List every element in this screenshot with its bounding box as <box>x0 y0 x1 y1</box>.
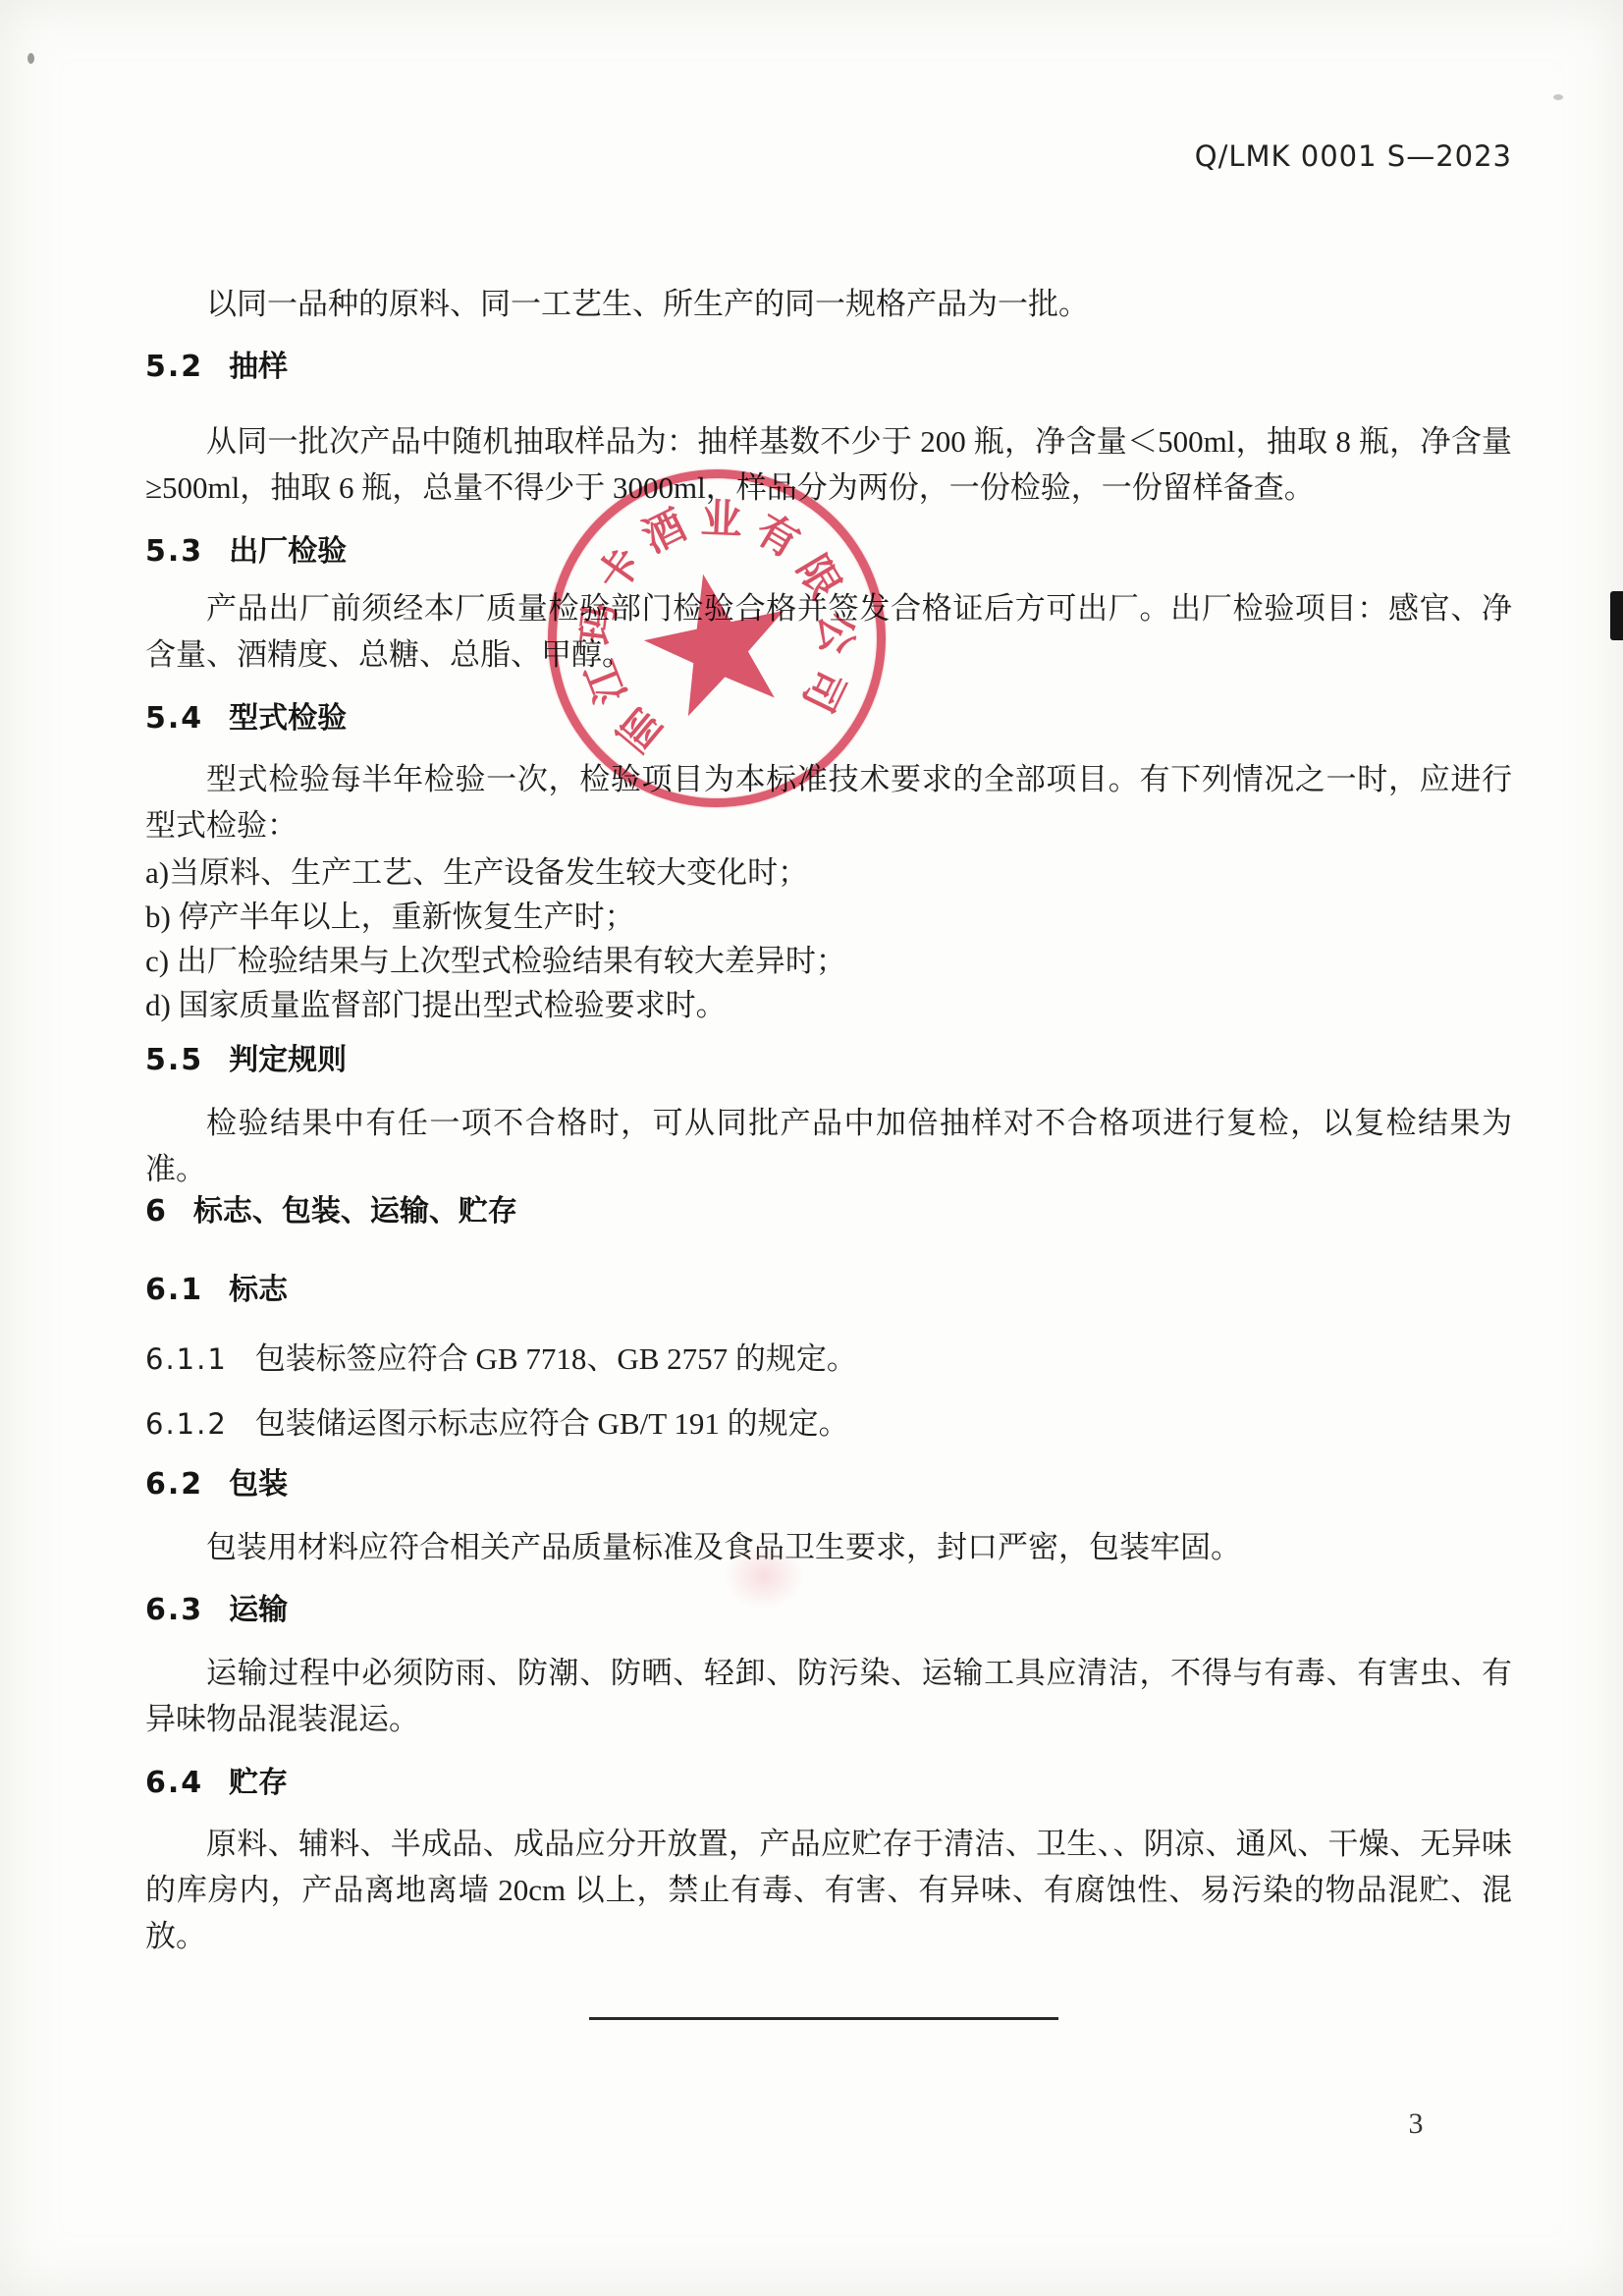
section-number: 5.3 <box>145 534 203 569</box>
section-title: 标志 <box>229 1273 288 1307</box>
list-item: b) 停产半年以上，重新恢复生产时； <box>145 895 1512 939</box>
section-number: 6.4 <box>145 1766 203 1800</box>
section-title: 出厂检验 <box>229 534 347 569</box>
section-5-3-heading: 5.3出厂检验 <box>145 528 1512 574</box>
section-6-1-heading: 6.1标志 <box>145 1267 1512 1313</box>
scan-speck <box>1553 94 1563 100</box>
section-number: 5.5 <box>145 1043 203 1077</box>
list-item: c) 出厂检验结果与上次型式检验结果有较大差异时； <box>145 939 1512 983</box>
page-number: 3 <box>1386 2107 1445 2141</box>
clause-6-1-2: 6.1.2包装储运图示标志应符合 GB/T 191 的规定。 <box>145 1400 1512 1448</box>
clause-number: 6.1.1 <box>145 1342 228 1376</box>
clause-text: 包装储运图示标志应符合 GB/T 191 的规定。 <box>255 1406 849 1441</box>
section-5-2-body: 从同一批次产品中随机抽取样品为：抽样基数不少于 200 瓶，净含量＜500ml，… <box>145 418 1512 511</box>
section-6-3-heading: 6.3运输 <box>145 1587 1512 1633</box>
section-6-4-heading: 6.4贮存 <box>145 1760 1512 1806</box>
clause-6-1-1: 6.1.1包装标签应符合 GB 7718、GB 2757 的规定。 <box>145 1336 1512 1383</box>
section-number: 6.3 <box>145 1593 203 1627</box>
list-item: d) 国家质量监督部门提出型式检验要求时。 <box>145 983 1512 1027</box>
section-6-2-body: 包装用材料应符合相关产品质量标准及食品卫生要求，封口严密，包装牢固。 <box>145 1524 1512 1570</box>
section-6-4-body: 原料、辅料、半成品、成品应分开放置，产品应贮存于清洁、卫生、、阴凉、通风、干燥、… <box>145 1821 1512 1959</box>
section-6-3-body: 运输过程中必须防雨、防潮、防晒、轻卸、防污染、运输工具应清洁，不得与有毒、有害虫… <box>145 1650 1512 1742</box>
section-title: 包装 <box>229 1467 288 1502</box>
section-number: 6 <box>145 1194 168 1229</box>
scan-speck <box>27 53 34 64</box>
section-title: 型式检验 <box>229 701 347 736</box>
section-5-5-heading: 5.5判定规则 <box>145 1037 1512 1083</box>
section-number: 6.2 <box>145 1467 203 1502</box>
section-5-5-body: 检验结果中有任一项不合格时，可从同批产品中加倍抽样对不合格项进行复检，以复检结果… <box>145 1100 1512 1192</box>
section-title: 抽样 <box>229 350 288 384</box>
section-number: 5.4 <box>145 701 203 736</box>
clause-number: 6.1.2 <box>145 1407 228 1441</box>
section-6-heading: 6标志、包装、运输、贮存 <box>145 1188 1512 1234</box>
type-inspection-conditions-list: a)当原料、生产工艺、生产设备发生较大变化时； b) 停产半年以上，重新恢复生产… <box>145 850 1512 1027</box>
section-number: 6.1 <box>145 1273 203 1307</box>
clause-text: 包装标签应符合 GB 7718、GB 2757 的规定。 <box>255 1341 857 1376</box>
section-number: 5.2 <box>145 350 203 384</box>
section-title: 判定规则 <box>229 1043 347 1077</box>
doc-code: Q/LMK 0001 S—2023 <box>145 139 1512 173</box>
section-6-2-heading: 6.2包装 <box>145 1461 1512 1507</box>
section-5-4-heading: 5.4型式检验 <box>145 695 1512 741</box>
list-item: a)当原料、生产工艺、生产设备发生较大变化时； <box>145 850 1512 895</box>
scanned-document-page: Q/LMK 0001 S—2023 以同一品种的原料、同一工艺生、所生产的同一规… <box>0 0 1623 2296</box>
section-title: 运输 <box>229 1593 288 1627</box>
section-5-3-body: 产品出厂前须经本厂质量检验部门检验合格并签发合格证后方可出厂。出厂检验项目：感官… <box>145 585 1512 678</box>
section-5-2-heading: 5.2抽样 <box>145 344 1512 390</box>
section-5-4-body: 型式检验每半年检验一次，检验项目为本标准技术要求的全部项目。有下列情况之一时，应… <box>145 756 1512 848</box>
section-title: 标志、包装、运输、贮存 <box>193 1194 517 1229</box>
section-title: 贮存 <box>229 1766 288 1800</box>
ink-smudge <box>725 1544 803 1609</box>
scan-edge-mark <box>1610 591 1623 640</box>
end-divider-line <box>589 2017 1058 2020</box>
paragraph-batch-definition: 以同一品种的原料、同一工艺生、所生产的同一规格产品为一批。 <box>145 281 1512 327</box>
